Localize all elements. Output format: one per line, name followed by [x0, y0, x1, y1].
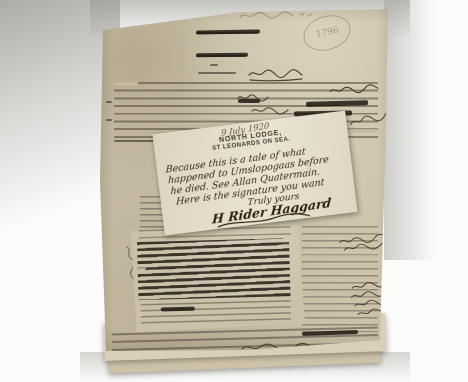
slip-typed-lines [141, 300, 292, 328]
struck-out-passage [137, 238, 290, 300]
background-shadow-right [384, 0, 448, 260]
typed-author-line [198, 72, 236, 74]
typed-byline [210, 64, 218, 66]
deleted-title-line [196, 53, 248, 58]
handwritten-correction [250, 106, 290, 115]
revision-slip [131, 224, 306, 332]
photo-of-manuscript-lot: 1796 [0, 0, 468, 382]
ink-deletion [238, 99, 260, 103]
marginal-note [348, 277, 403, 322]
margin-tick [106, 101, 112, 103]
pencil-number: 1796 [315, 26, 339, 41]
margin-tick [106, 119, 112, 121]
handwritten-heading [246, 67, 306, 83]
